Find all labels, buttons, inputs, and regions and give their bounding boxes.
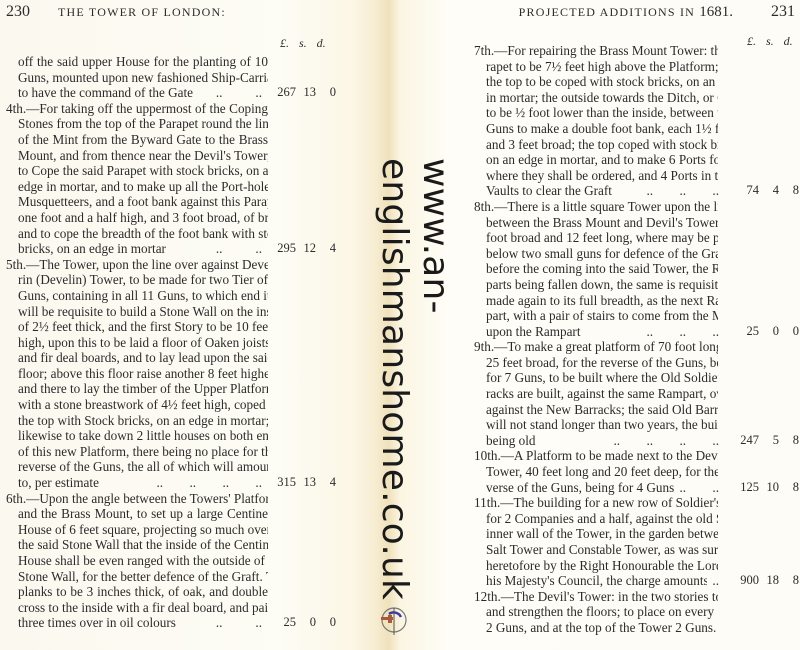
pounds-value: 25 [733,324,759,340]
text-line: likewise to take down 2 little houses on… [6,428,336,444]
text-line: Salt Tower and Constable Tower, as was s… [474,542,799,558]
line-text: Mount, and from thence near the Devil's … [6,148,268,164]
line-text: Stone Wall, for the better defence of th… [6,569,268,585]
line-text: the said Stone Wall that the inside of t… [6,537,268,553]
pence-header: d. [317,36,326,51]
line-text: 5th.—The Tower, upon the line over again… [6,257,268,273]
amount-lsd: 900188 [733,573,799,589]
running-head: PROJECTED ADDITIONS IN 1681. 231 [440,3,795,23]
pounds-value: 267 [270,85,296,101]
text-line: planks to be 3 inches thick, of oak, and… [6,584,336,600]
line-text: and strengthen the floors; to place on e… [474,604,718,620]
text-line: and fir deal boards, and to lay lead upo… [6,350,336,366]
line-text: Guns, containing in all 11 Guns, to whic… [6,288,268,304]
watermark-text: www.an-englishmanshome.co.uk [374,158,456,650]
line-with-amount: his Majesty's Council, the charge amount… [474,573,799,589]
shillings-value: 13 [296,475,316,491]
line-text: of the Mint from the Byward Gate to the … [6,132,268,148]
line-text: 11th.—The building for a new row of Sold… [474,495,718,511]
text-line: 25 feet broad, for the reverse of the Gu… [474,355,799,371]
line-text: his Majesty's Council, the charge amount… [474,573,707,589]
text-line: foot broad and 12 feet long, where may b… [474,230,799,246]
line-text: 2 Guns, and at the top of the Tower 2 Gu… [474,620,718,636]
line-text: between the Brass Mount and Devil's Towe… [474,215,718,231]
body-text: off the said upper House for the plantin… [6,54,336,631]
line-text: part, with a pair of stairs to come from… [474,308,718,324]
shillings-value: 13 [296,85,316,101]
leader-dots: .. .. [216,241,262,257]
amount-lsd: 315134 [270,475,336,491]
text-line: Guns, containing in all 11 Guns, to whic… [6,288,336,304]
text-line: 11th.—The building for a new row of Sold… [474,495,799,511]
body-text: 7th.—For repairing the Brass Mount Tower… [474,43,799,636]
line-text: Musquetteers, and a foot bank against th… [6,194,268,210]
amount-lsd: 24758 [733,433,799,449]
text-line: Stones from the top of the Parapet round… [6,116,336,132]
line-text: and the Brass Mount, to set up a large C… [6,506,268,522]
text-line: House shall be even ranged with the outs… [6,553,336,569]
line-text: racks are built, against the same Rampar… [474,386,718,402]
text-line: rin (Develin) Tower, to be made for two … [6,272,336,288]
line-text: to Cope the said Parapet with stock bric… [6,163,268,179]
line-text: for 2 Companies and a half, against the … [474,511,718,527]
text-line: Guns, mounted upon new fashioned Ship-Ca… [6,70,336,86]
pence-value: 0 [316,85,336,101]
line-text: floor; above this floor raise another 8 … [6,366,268,382]
shillings-value: 4 [759,183,779,199]
text-line: against the New Barracks; the said Old B… [474,402,799,418]
leader-dots: .. .. [216,85,262,101]
line-text: reverse of the Guns, the all of which wi… [6,459,268,475]
pounds-value: 125 [733,480,759,496]
currency-column-headers: £. s. d. [280,36,326,51]
text-line: of the Mint from the Byward Gate to the … [6,132,336,148]
text-line: Stone Wall, for the better defence of th… [6,569,336,585]
text-line: one foot and a half high, and 3 foot bro… [6,210,336,226]
left-page: 230 THE TOWER OF LONDON: £. s. d. off th… [0,0,345,650]
text-line: in mortar; the outside towards the Ditch… [474,90,799,106]
text-line: 6th.—Upon the angle between the Towers' … [6,491,336,507]
running-head-text: PROJECTED ADDITIONS IN [519,5,695,19]
text-line: the top with Stock bricks, on an edge in… [6,413,336,429]
line-text: with a stone breastwork of 4½ feet high,… [6,397,268,413]
text-line: 4th.—For taking off the uppermost of the… [6,101,336,117]
line-text: cross to the inside with a fir deal boar… [6,600,268,616]
text-line: with a stone breastwork of 4½ feet high,… [6,397,336,413]
line-text: 25 feet broad, for the reverse of the Gu… [474,355,718,371]
pence-value: 4 [316,241,336,257]
text-line: for 2 Companies and a half, against the … [474,511,799,527]
text-line: of 2½ feet thick, and the first Story to… [6,319,336,335]
text-line: House of 6 feet square, projecting so mu… [6,522,336,538]
text-line: and there to lay the timber of the Upper… [6,381,336,397]
text-line: before the coming into the said Tower, t… [474,261,799,277]
leader-dots: .. [712,573,719,589]
text-line: and 3 feet broad; the top coped with sto… [474,137,799,153]
text-line: 9th.—To make a great platform of 70 foot… [474,339,799,355]
line-text: below two small guns for defence of the … [474,246,718,262]
pence-value: 0 [316,615,336,631]
text-line: parts being fallen down, the same is req… [474,277,799,293]
text-line: and strengthen the floors; to place on e… [474,604,799,620]
line-text: off the said upper House for the plantin… [6,54,268,70]
amount-lsd: 2500 [733,324,799,340]
text-line: will be requisite to build a Stone Wall … [6,304,336,320]
text-line: 12th.—The Devil's Tower: in the two stor… [474,589,799,605]
text-line: Musquetteers, and a foot bank against th… [6,194,336,210]
text-line: to Cope the said Parapet with stock bric… [6,163,336,179]
text-line: and the Brass Mount, to set up a large C… [6,506,336,522]
line-text: in mortar; the outside towards the Ditch… [474,90,718,106]
pence-value: 4 [316,475,336,491]
running-head-title: THE TOWER OF LONDON: [58,5,226,20]
shillings-value: 0 [759,324,779,340]
text-line: rapet to be 7½ feet high above the Platf… [474,59,799,75]
running-head-title: PROJECTED ADDITIONS IN 1681. [519,4,733,21]
text-line: of this new Platform, there being no pla… [6,444,336,460]
line-text: will be requisite to build a Stone Wall … [6,304,268,320]
line-with-amount: three times over in oil colours.. ..2500 [6,615,336,631]
line-text: and to cope the breadth of the foot bank… [6,226,268,242]
line-text: 7th.—For repairing the Brass Mount Tower… [474,43,718,59]
line-text: for 7 Guns, to be built where the Old So… [474,370,718,386]
pounds-value: 74 [733,183,759,199]
text-line: inner wall of the Tower, in the garden b… [474,526,799,542]
line-text: likewise to take down 2 little houses on… [6,428,268,444]
globe-logo-icon [379,605,409,635]
text-line: 7th.—For repairing the Brass Mount Tower… [474,43,799,59]
line-with-amount: to have the command of the Gate.. ..2671… [6,85,336,101]
line-text: 6th.—Upon the angle between the Towers' … [6,491,268,507]
text-line: floor; above this floor raise another 8 … [6,366,336,382]
amount-lsd: 125108 [733,480,799,496]
text-line: the said Stone Wall that the inside of t… [6,537,336,553]
line-text: of this new Platform, there being no pla… [6,444,268,460]
text-line: racks are built, against the same Rampar… [474,386,799,402]
text-line: made again to its full breadth, as the n… [474,293,799,309]
text-line: Guns to make a double foot bank, each 1½… [474,121,799,137]
pence-value: 8 [779,433,799,449]
text-line: part, with a pair of stairs to come from… [474,308,799,324]
line-text: Salt Tower and Constable Tower, as was s… [474,542,718,558]
line-text: foot broad and 12 feet long, where may b… [474,230,718,246]
line-with-amount: Vaults to clear the Graft.. .. ..7448 [474,183,799,199]
leader-dots: .. .. [216,615,262,631]
line-text: the top to be coped with stock bricks, o… [474,74,718,90]
shillings-value: 10 [759,480,779,496]
line-text: to be ½ foot lower than the inside, betw… [474,105,718,121]
line-text: planks to be 3 inches thick, of oak, and… [6,584,268,600]
amount-lsd: 295124 [270,241,336,257]
line-text: Guns, mounted upon new fashioned Ship-Ca… [6,70,268,86]
text-line: edge in mortar, and to make up all the P… [6,179,336,195]
line-text: before the coming into the said Tower, t… [474,261,718,277]
pounds-value: 247 [733,433,759,449]
shillings-value: 5 [759,433,779,449]
text-line: Tower, 40 feet long and 20 feet deep, fo… [474,464,799,480]
page-number: 230 [6,3,30,21]
line-with-amount: bricks, on an edge in mortar.. ..295124 [6,241,336,257]
line-text: 9th.—To make a great platform of 70 foot… [474,339,718,355]
line-text: verse of the Guns, being for 4 Guns [474,480,707,496]
line-text: House shall be even ranged with the outs… [6,553,268,569]
line-text: Tower, 40 feet long and 20 feet deep, fo… [474,464,718,480]
leader-dots: .. .. .. .. [157,475,263,491]
pounds-header: £. [280,36,289,51]
line-text: of 2½ feet thick, and the first Story to… [6,319,268,335]
line-text: 8th.—There is a little square Tower upon… [474,199,718,215]
line-text: made again to its full breadth, as the n… [474,293,718,309]
line-with-amount: being old.. .. .. ..24758 [474,433,799,449]
leader-dots: .. .. .. .. [614,433,720,449]
leader-dots: .. .. .. [646,183,719,199]
running-head: 230 THE TOWER OF LONDON: [6,3,336,23]
shillings-value: 0 [296,615,316,631]
amount-lsd: 7448 [733,183,799,199]
leader-dots: .. .. [679,480,719,496]
shillings-value: 12 [296,241,316,257]
text-line: and to cope the breadth of the foot bank… [6,226,336,242]
text-line: between the Brass Mount and Devil's Towe… [474,215,799,231]
text-line: the top to be coped with stock bricks, o… [474,74,799,90]
pence-value: 8 [779,183,799,199]
text-line: 5th.—The Tower, upon the line over again… [6,257,336,273]
line-text: Guns to make a double foot bank, each 1½… [474,121,718,137]
running-head-year: 1681. [699,4,733,20]
text-line: 10th.—A Platform to be made next to the … [474,448,799,464]
line-text: and there to lay the timber of the Upper… [6,381,268,397]
amount-lsd: 2500 [270,615,336,631]
pence-value: 8 [779,573,799,589]
line-text: edge in mortar, and to make up all the P… [6,179,268,195]
text-line: for 7 Guns, to be built where the Old So… [474,370,799,386]
line-with-amount: upon the Rampart.. .. ..2500 [474,324,799,340]
line-text: against the New Barracks; the said Old B… [474,402,718,418]
page-number: 231 [771,3,795,21]
text-line: 8th.—There is a little square Tower upon… [474,199,799,215]
text-line: to be ½ foot lower than the inside, betw… [474,105,799,121]
pence-value: 0 [779,324,799,340]
pounds-value: 315 [270,475,296,491]
line-text: rin (Develin) Tower, to be made for two … [6,272,268,288]
text-line: heretofore by the Right Honourable the L… [474,558,799,574]
text-line: 2 Guns, and at the top of the Tower 2 Gu… [474,620,799,636]
leader-dots: .. .. .. [646,324,719,340]
line-text: the top with Stock bricks, on an edge in… [6,413,268,429]
text-line: will not stand longer than two years, th… [474,417,799,433]
pounds-value: 25 [270,615,296,631]
line-text: 4th.—For taking off the uppermost of the… [6,101,268,117]
line-text: and 3 feet broad; the top coped with sto… [474,137,718,153]
line-text: where they shall be ordered, and 4 Ports… [474,168,718,184]
pence-value: 8 [779,480,799,496]
line-text: will not stand longer than two years, th… [474,417,718,433]
right-page: PROJECTED ADDITIONS IN 1681. 231 £. s. d… [440,0,800,650]
shillings-header: s. [299,36,307,51]
line-text: one foot and a half high, and 3 foot bro… [6,210,268,226]
line-with-amount: to, per estimate.. .. .. ..315134 [6,475,336,491]
line-text: 10th.—A Platform to be made next to the … [474,448,718,464]
line-text: heretofore by the Right Honourable the L… [474,558,718,574]
line-with-amount: verse of the Guns, being for 4 Guns.. ..… [474,480,799,496]
text-line: Mount, and from thence near the Devil's … [6,148,336,164]
shillings-value: 18 [759,573,779,589]
text-line: off the said upper House for the plantin… [6,54,336,70]
text-line: reverse of the Guns, the all of which wi… [6,459,336,475]
line-text: inner wall of the Tower, in the garden b… [474,526,718,542]
text-line: cross to the inside with a fir deal boar… [6,600,336,616]
line-text: Stones from the top of the Parapet round… [6,116,268,132]
line-text: high, upon this to be laid a floor of Oa… [6,335,268,351]
pounds-value: 295 [270,241,296,257]
line-text: 12th.—The Devil's Tower: in the two stor… [474,589,718,605]
text-line: high, upon this to be laid a floor of Oa… [6,335,336,351]
book-spread: 230 THE TOWER OF LONDON: £. s. d. off th… [0,0,800,650]
line-text: and fir deal boards, and to lay lead upo… [6,350,268,366]
amount-lsd: 267130 [270,85,336,101]
text-line: on an edge in mortar, and to make 6 Port… [474,152,799,168]
line-text: House of 6 feet square, projecting so mu… [6,522,268,538]
line-text: parts being fallen down, the same is req… [474,277,718,293]
text-line: where they shall be ordered, and 4 Ports… [474,168,799,184]
line-text: rapet to be 7½ feet high above the Platf… [474,59,718,75]
line-text: on an edge in mortar, and to make 6 Port… [474,152,718,168]
text-line: below two small guns for defence of the … [474,246,799,262]
pounds-value: 900 [733,573,759,589]
